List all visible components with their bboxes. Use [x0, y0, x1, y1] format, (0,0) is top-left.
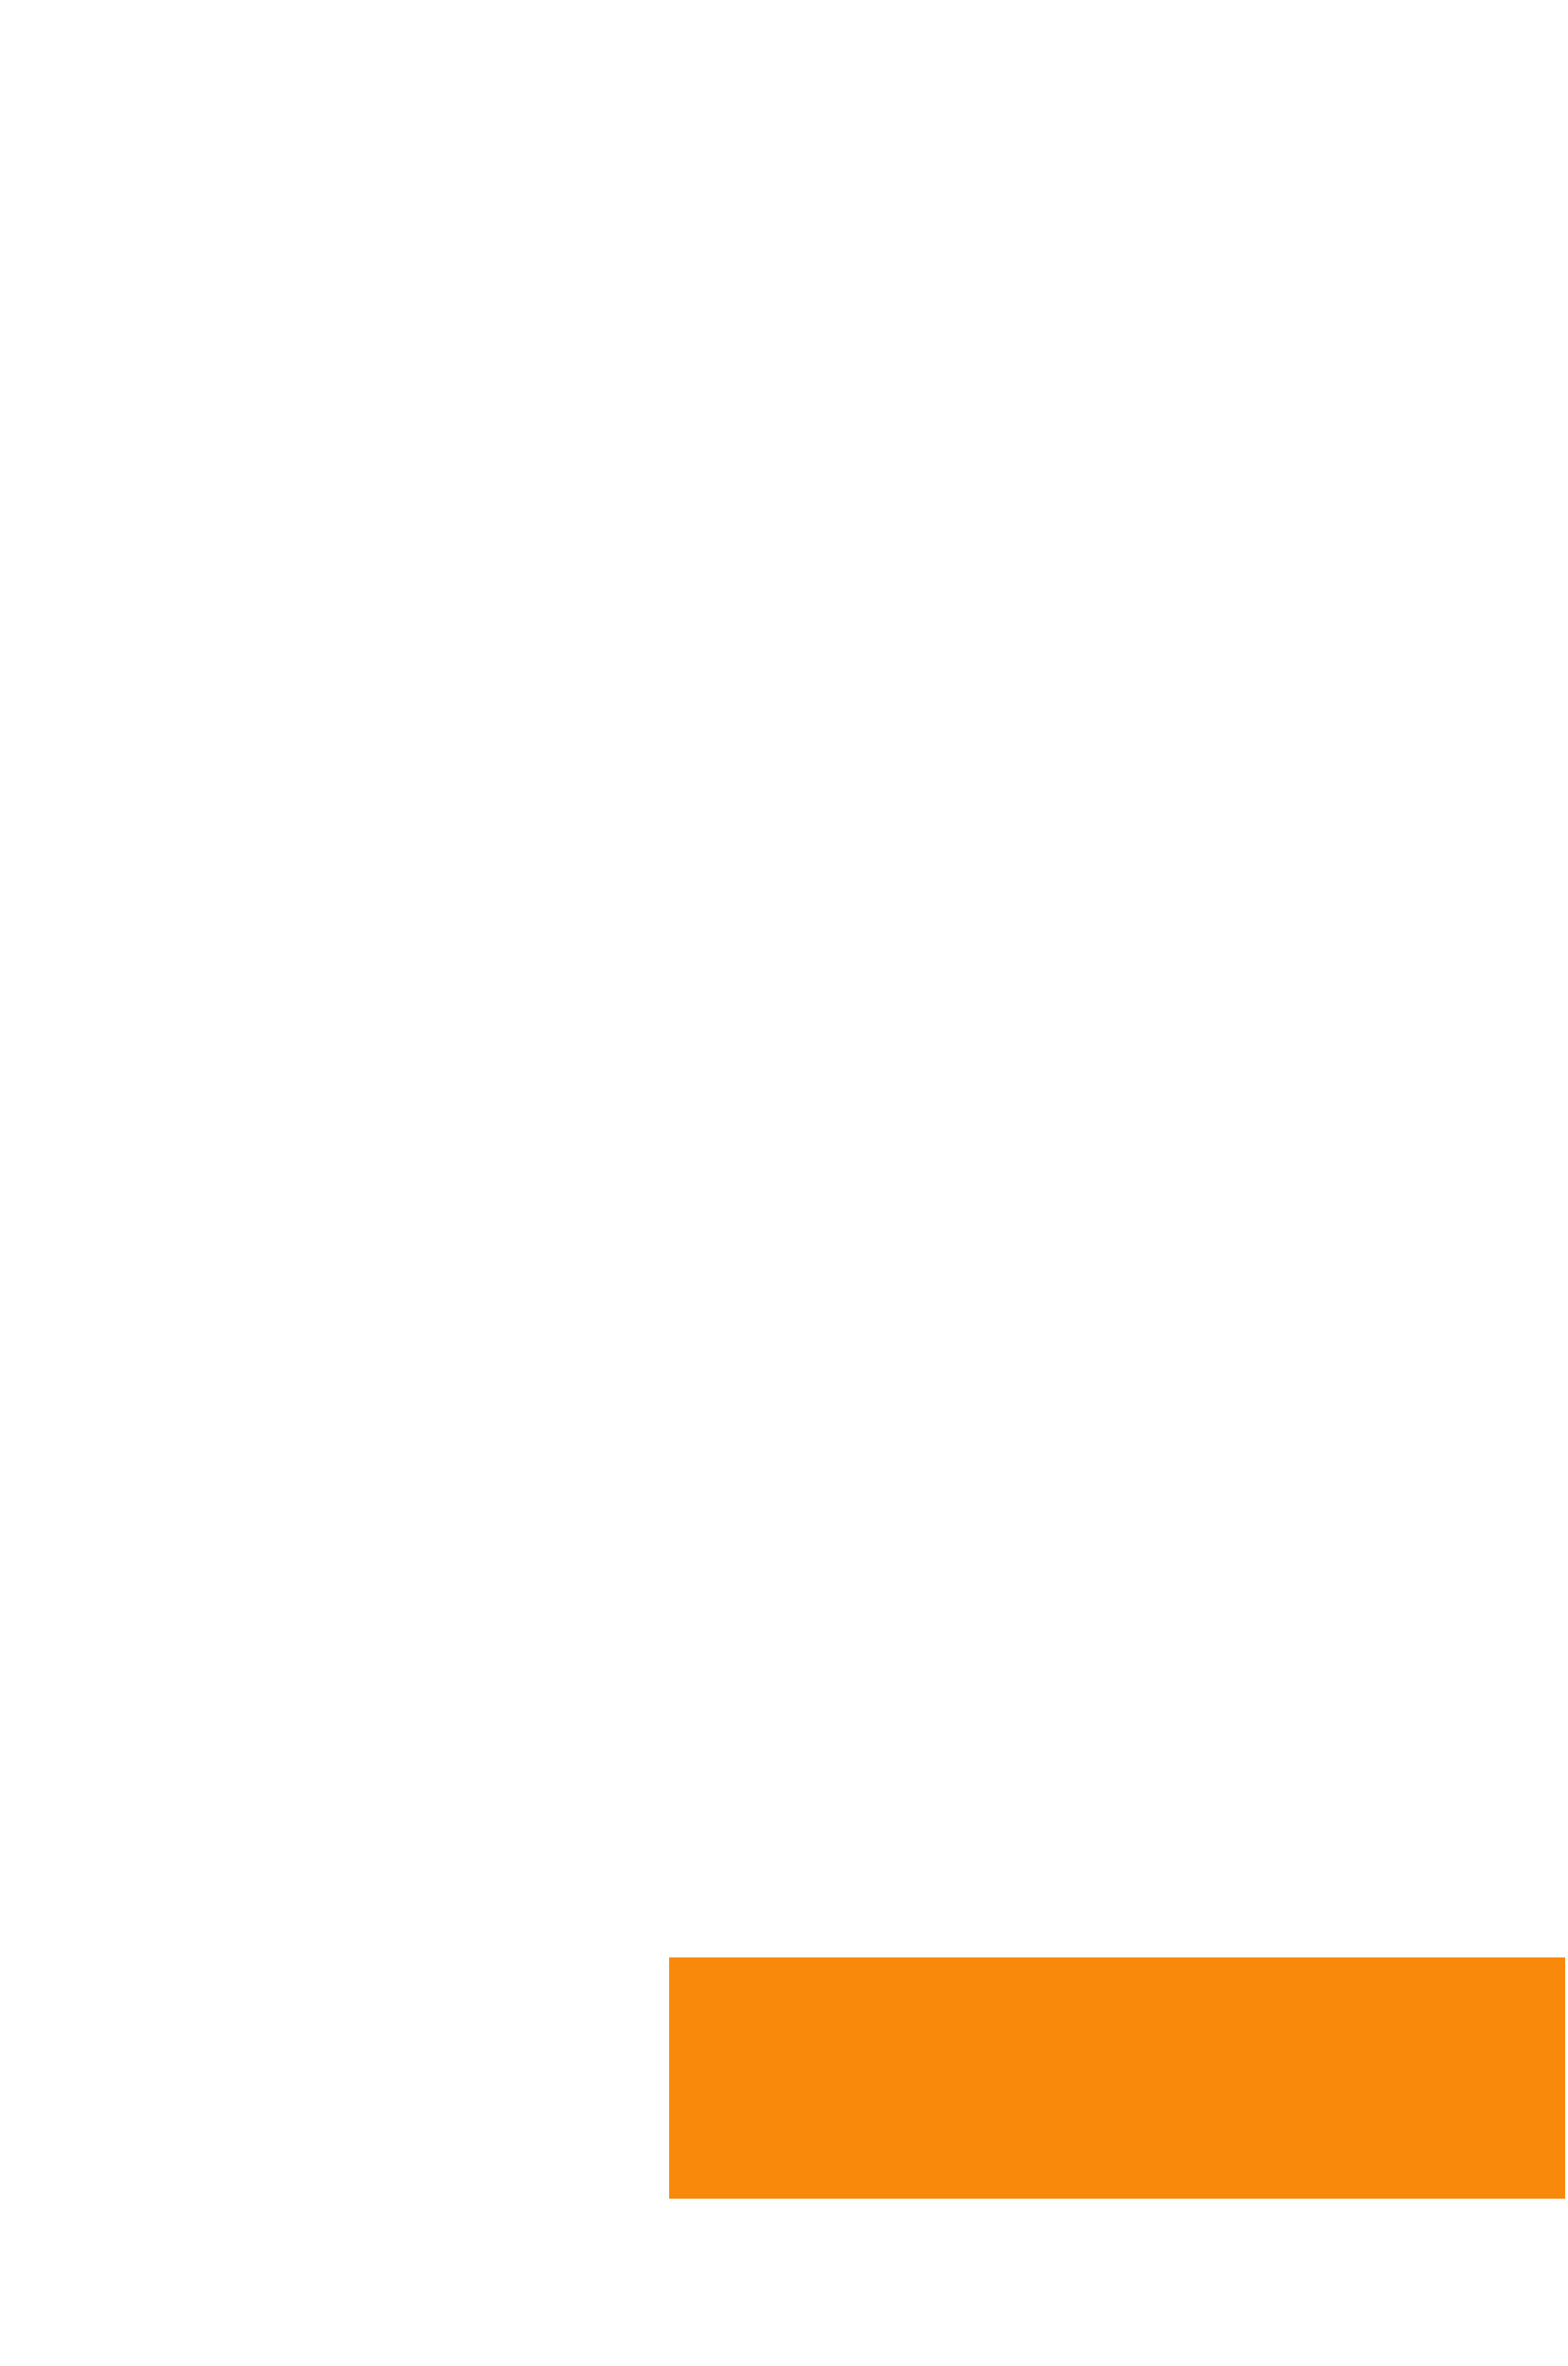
fudu-gonglue-banner: [669, 1957, 1565, 2199]
multiple-choice-section: [34, 22, 1539, 1860]
exam-answer-page: [0, 0, 1568, 2366]
banner-text: [669, 1957, 1565, 1988]
